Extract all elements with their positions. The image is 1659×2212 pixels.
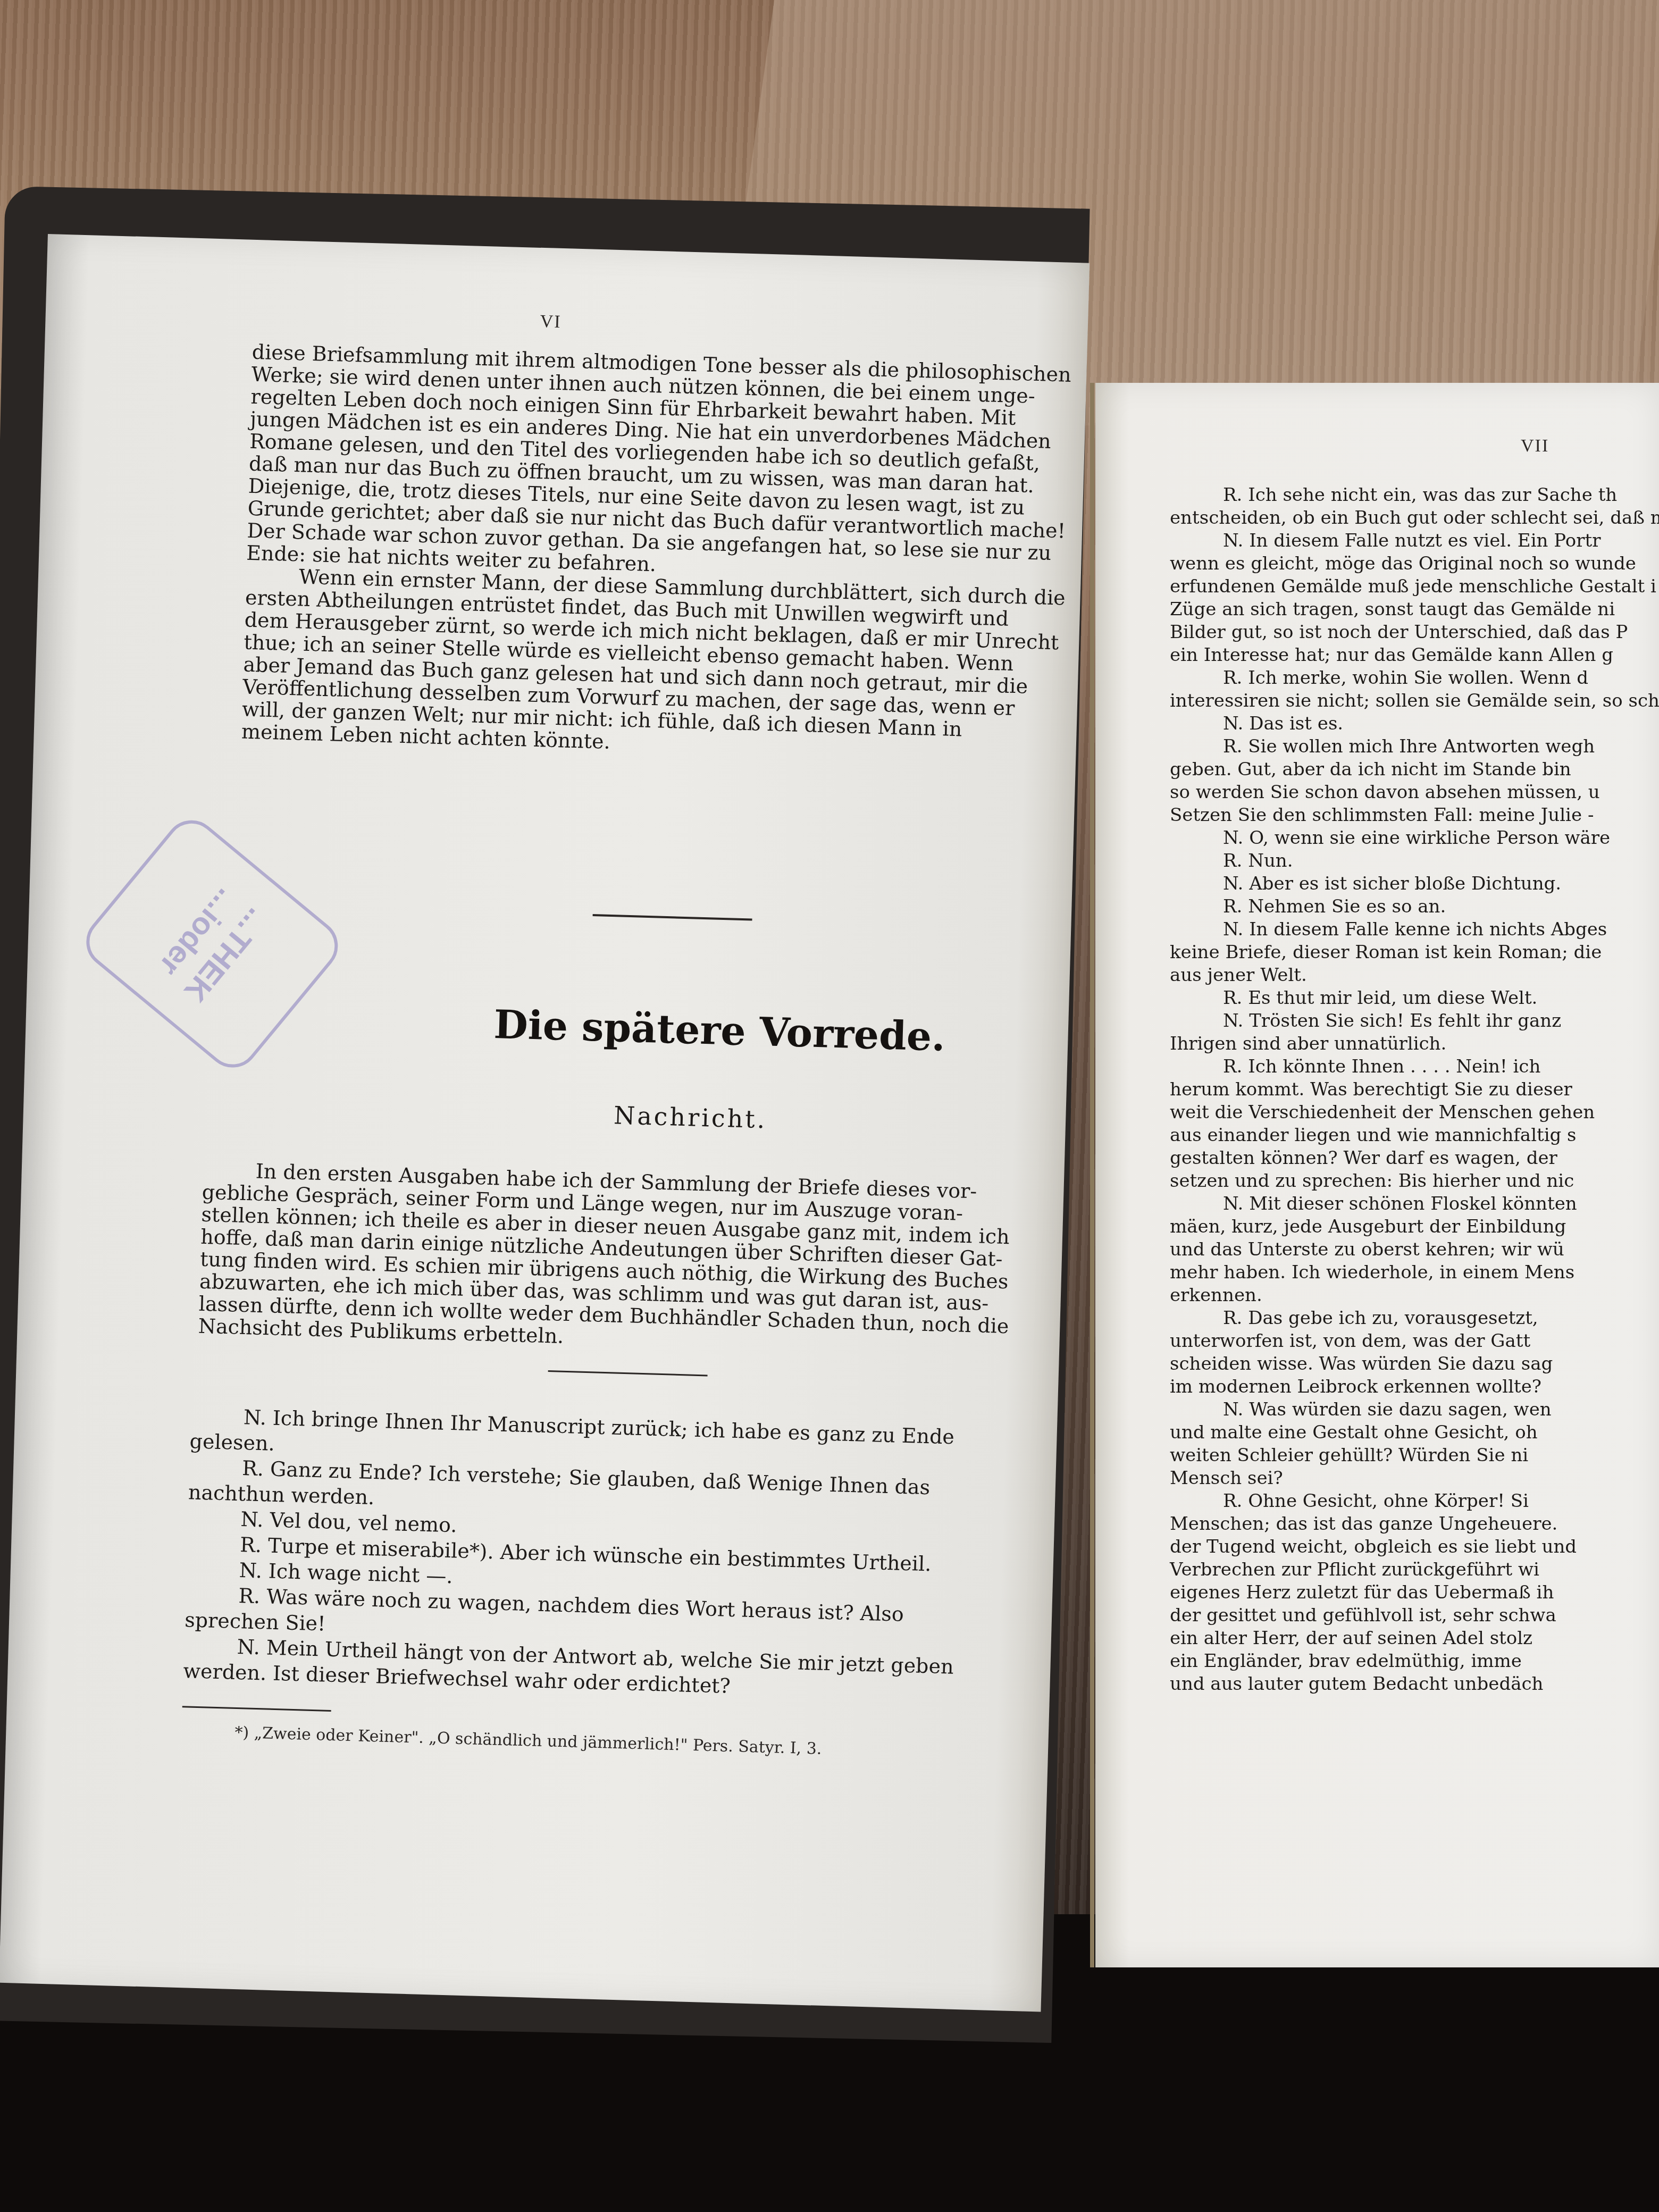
text-line: eigenes Herz zuletzt für das Uebermaß ih [1170,1581,1659,1604]
text-line: R. Das gebe ich zu, vorausgesetzt, [1170,1307,1659,1330]
opening-paragraph: diese Briefsammlung mit ihrem altmodigen… [241,341,1082,766]
text-line: und das Unterste zu oberst kehren; wir w… [1170,1238,1659,1261]
section-divider [593,914,752,920]
paragraph-divider [548,1370,708,1376]
text-line: Bilder gut, so ist noch der Unterschied,… [1170,621,1659,644]
text-line: R. Sie wollen mich Ihre Antworten wegh [1170,735,1659,758]
text-line: N. O, wenn sie eine wirkliche Person wär… [1170,827,1659,850]
text-line: erkennen. [1170,1284,1659,1307]
text-line: mäen, kurz, jede Ausgeburt der Einbildun… [1170,1216,1659,1238]
text-line: im modernen Leibrock erkennen wollte? [1170,1376,1659,1398]
right-page: VII R. Ich sehe nicht ein, was das zur S… [1095,383,1659,1967]
text-line: R. Nun. [1170,850,1659,873]
footnote: *) „Zweie oder Keiner". „O schändlich un… [234,1723,822,1758]
text-line: so werden Sie schon davon absehen müssen… [1170,781,1659,804]
text-line: Ihrigen sind aber unnatürlich. [1170,1033,1659,1055]
text-line: und aus lauter gutem Bedacht unbedäch [1170,1673,1659,1696]
text-line: aus einander liegen und wie mannichfalti… [1170,1124,1659,1147]
left-page: VI ...ioder ...THEK diese Briefsammlung … [0,234,1090,2012]
book-gutter [1090,383,1094,1967]
text-line: ein alter Herr, der auf seinen Adel stol… [1170,1627,1659,1650]
text-line: der Tugend weicht, obgleich es sie liebt… [1170,1536,1659,1559]
text-line: gestalten können? Wer darf es wagen, der [1170,1147,1659,1170]
text-line: entscheiden, ob ein Buch gut oder schlec… [1170,507,1659,530]
page-number-right: VII [1521,436,1549,456]
nachricht-paragraph: In den ersten Ausgaben habe ich der Samm… [198,1159,1053,1361]
text-line: R. Nehmen Sie es so an. [1170,895,1659,918]
text-line: unterworfen ist, von dem, was der Gatt [1170,1330,1659,1353]
text-line: weit die Verschiedenheit der Menschen ge… [1170,1101,1659,1124]
text-line: R. Ich könnte Ihnen . . . . Nein! ich [1170,1055,1659,1078]
text-line: herum kommt. Was berechtigt Sie zu diese… [1170,1078,1659,1101]
page-number-left: VI [540,312,562,332]
text-line: R. Ich sehe nicht ein, was das zur Sache… [1170,484,1659,507]
text-line: Mensch sei? [1170,1467,1659,1490]
text-line: Setzen Sie den schlimmsten Fall: meine J… [1170,804,1659,827]
text-line: scheiden wisse. Was würden Sie dazu sag [1170,1353,1659,1376]
text-line: weiten Schleier gehüllt? Würden Sie ni [1170,1444,1659,1467]
text-line: N. Trösten Sie sich! Es fehlt ihr ganz [1170,1010,1659,1033]
text-line: N. Das ist es. [1170,713,1659,735]
text-line: aus jener Welt. [1170,964,1659,987]
text-line: N. In diesem Falle kenne ich nichts Abge… [1170,918,1659,941]
text-line: interessiren sie nicht; sollen sie Gemäl… [1170,690,1659,713]
text-line: ein Engländer, brav edelmüthig, imme [1170,1650,1659,1673]
text-line: ein Interesse hat; nur das Gemälde kann … [1170,644,1659,667]
right-page-text: R. Ich sehe nicht ein, was das zur Sache… [1170,484,1659,1696]
text-line: R. Es thut mir leid, um diese Welt. [1170,987,1659,1010]
footnote-rule [182,1706,331,1712]
text-line: wenn es gleicht, möge das Original noch … [1170,552,1659,575]
text-line: geben. Gut, aber da ich nicht im Stande … [1170,758,1659,781]
library-stamp: ...ioder ...THEK [76,809,349,1078]
text-line: Züge an sich tragen, sonst taugt das Gem… [1170,598,1659,621]
text-line: Menschen; das ist das ganze Ungeheuere. [1170,1513,1659,1536]
text-line: keine Briefe, dieser Roman ist kein Roma… [1170,941,1659,964]
text-line: der gesittet und gefühlvoll ist, sehr sc… [1170,1604,1659,1627]
text-line: R. Ohne Gesicht, ohne Körper! Si [1170,1490,1659,1513]
section-title: Die spätere Vorrede. [493,1002,946,1060]
dialogue-block: N. Ich bringe Ihnen Ihr Manuscript zurüc… [183,1403,1052,1707]
section-subtitle: Nachricht. [613,1101,767,1134]
text-line: N. Was würden sie dazu sagen, wen [1170,1398,1659,1421]
text-line: N. Mit dieser schönen Floskel könnten [1170,1193,1659,1216]
text-line: erfundenen Gemälde muß jede menschliche … [1170,575,1659,598]
text-line: N. Aber es ist sicher bloße Dichtung. [1170,873,1659,895]
text-line: und malte eine Gestalt ohne Gesicht, oh [1170,1421,1659,1444]
text-line: Verbrechen zur Pflicht zurückgeführt wi [1170,1559,1659,1581]
text-line: N. In diesem Falle nutzt es viel. Ein Po… [1170,530,1659,552]
text-line: setzen und zu sprechen: Bis hierher und … [1170,1170,1659,1193]
text-line: mehr haben. Ich wiederhole, in einem Men… [1170,1261,1659,1284]
text-line: R. Ich merke, wohin Sie wollen. Wenn d [1170,667,1659,690]
